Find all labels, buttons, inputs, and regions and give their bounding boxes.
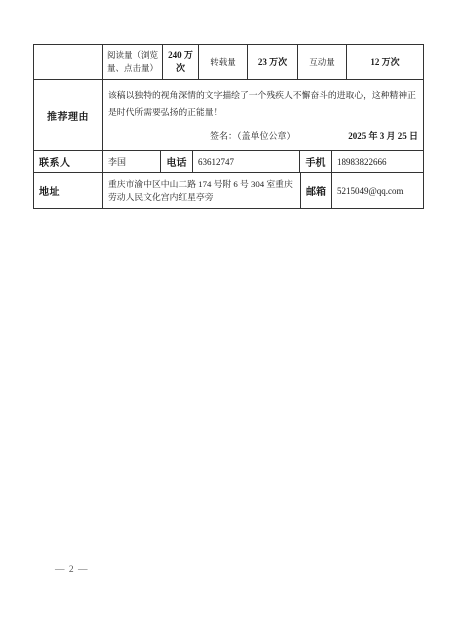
email-label: 邮箱 [301, 173, 332, 209]
address-value: 重庆市渝中区中山二路 174 号附 6 号 304 室重庆劳动人民文化宫内红星亭… [108, 178, 296, 204]
recommendation-text: 该稿以独特的视角深情的文字描绘了一个残疾人不懈奋斗的进取心，这种精神正是时代所需… [108, 87, 420, 121]
repost-label: 转载量 [199, 45, 248, 80]
interaction-value: 12 万次 [347, 45, 424, 80]
page-number: — 2 — [55, 565, 89, 575]
signature-date: 2025 年 3 月 25 日 [348, 129, 420, 142]
metrics-blank-cell [34, 45, 103, 80]
contact-name: 李国 [103, 151, 161, 173]
contact-row: 联系人 李国 电话 63612747 手机 18983822666 [34, 151, 424, 173]
recommendation-table: 阅读量（浏览量、点击量） 240 万次 转载量 23 万次 互动量 12 万次 … [33, 44, 424, 209]
repost-value: 23 万次 [248, 45, 298, 80]
mobile-label: 手机 [300, 151, 332, 173]
email-value: 5215049@qq.com [332, 173, 424, 209]
read-count-value: 240 万次 [163, 45, 199, 80]
address-value-cell: 重庆市渝中区中山二路 174 号附 6 号 304 室重庆劳动人民文化宫内红星亭… [103, 173, 301, 209]
phone-label: 电话 [161, 151, 193, 173]
metrics-row: 阅读量（浏览量、点击量） 240 万次 转载量 23 万次 互动量 12 万次 [34, 45, 424, 80]
document-page: 阅读量（浏览量、点击量） 240 万次 转载量 23 万次 互动量 12 万次 … [0, 0, 450, 636]
interaction-label: 互动量 [298, 45, 347, 80]
signature-label: 签名：（盖单位公章） [210, 129, 296, 142]
recommendation-content-cell: 该稿以独特的视角深情的文字描绘了一个残疾人不懈奋斗的进取心，这种精神正是时代所需… [103, 80, 424, 151]
mobile-value: 18983822666 [332, 151, 424, 173]
phone-value: 63612747 [193, 151, 300, 173]
recommendation-label: 推荐理由 [34, 80, 103, 151]
address-row: 地址 重庆市渝中区中山二路 174 号附 6 号 304 室重庆劳动人民文化宫内… [34, 173, 424, 209]
recommendation-row: 推荐理由 该稿以独特的视角深情的文字描绘了一个残疾人不懈奋斗的进取心，这种精神正… [34, 80, 424, 151]
signature-line: 签名：（盖单位公章） 2025 年 3 月 25 日 [108, 129, 420, 142]
read-count-label: 阅读量（浏览量、点击量） [103, 45, 163, 80]
contact-label: 联系人 [34, 151, 103, 173]
address-label: 地址 [34, 173, 103, 209]
